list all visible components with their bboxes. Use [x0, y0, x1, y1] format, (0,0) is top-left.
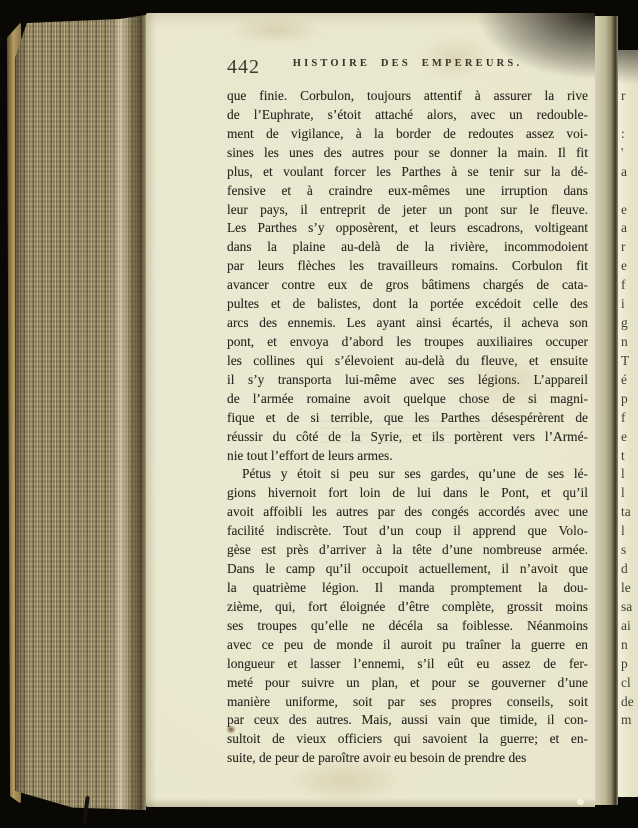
facing-text-fragment: '	[621, 144, 638, 163]
facing-text-fragment: e	[621, 201, 638, 220]
facing-text-fragment: m	[621, 711, 638, 730]
facing-text-fragment: l	[621, 522, 638, 541]
facing-text-fragment: de	[621, 693, 638, 712]
facing-text-fragment: n	[621, 333, 638, 352]
facing-text-fragment: T	[621, 352, 638, 371]
text-line: plus, et voulant forcer les Parthes à se…	[227, 163, 588, 182]
text-line: dans la plaine au-delà de la rivière, in…	[227, 238, 588, 257]
text-line: manière uniforme, soit par ses propres c…	[227, 693, 588, 712]
text-line: avoit affoibli les autres par des congés…	[227, 503, 588, 522]
facing-text-fragment: l	[621, 484, 638, 503]
text-line: que finie. Corbulon, toujours attentif à…	[227, 87, 588, 106]
text-line: pultes et de balistes, dont la portée ex…	[227, 295, 588, 314]
text-line: meté pour suivre un plan, et pour se gou…	[227, 674, 588, 693]
facing-text-fragment: s	[621, 541, 638, 560]
text-line: Pétus y étoit si peu sur ses gardes, qu’…	[227, 465, 588, 484]
facing-text-fragment: ai	[621, 617, 638, 636]
facing-text-fragment: t	[621, 447, 638, 466]
facing-text-fragment: é	[621, 371, 638, 390]
text-line: de l’Euphrate, s’étoit attaché alors, av…	[227, 106, 588, 125]
text-line: ses troupes qu’elle ne décéla sa foibles…	[227, 617, 588, 636]
running-title: HISTOIRE DES EMPEREURS.	[293, 58, 523, 69]
facing-text-fragment	[621, 106, 638, 125]
text-line: les collines qui s’élevoient au-delà du …	[227, 352, 588, 371]
text-line: pont, et envoya d’abord les troupes auxi…	[227, 333, 588, 352]
facing-text-fragment: g	[621, 314, 638, 333]
text-line: gèse est près d’arriver à la tête d’une …	[227, 541, 588, 560]
facing-text-fragment: le	[621, 579, 638, 598]
facing-text-fragment: :	[621, 125, 638, 144]
facing-text-fragment: r	[621, 87, 638, 106]
text-line: de l’armée romaine avoit quelque chose d…	[227, 390, 588, 409]
facing-text-fragment: p	[621, 655, 638, 674]
facing-column: r:'aearefignTépfetlltalsdlesaainpcldem	[621, 87, 638, 771]
page-number: 442	[227, 56, 260, 79]
facing-text-fragment: f	[621, 409, 638, 428]
text-line: avancer contre eux de gros bâtimens char…	[227, 276, 588, 295]
text-line: facilité indiscrète. Tout d’un coup il a…	[227, 522, 588, 541]
text-line: suite, de peur de paroître avoir eu beso…	[227, 749, 588, 768]
text-line: gions hivernoit fort loin de lui dans le…	[227, 484, 588, 503]
text-line: il s’y transporta lui-même avec ses légi…	[227, 371, 588, 390]
text-line: arcs des ennemis. Les ayant ainsi écarté…	[227, 314, 588, 333]
text-line: sultoit de vieux officiers qui savoient …	[227, 730, 588, 749]
facing-text-fragment	[621, 749, 638, 768]
facing-text-fragment: ta	[621, 503, 638, 522]
paper-notch	[577, 799, 584, 805]
text-line: zième, qui, fort éloignée d’être complèt…	[227, 598, 588, 617]
text-line: longueur et lasser l’ennemi, s’il eût eu…	[227, 655, 588, 674]
facing-text-fragment: sa	[621, 598, 638, 617]
text-line: ment de vigilance, à la border de redout…	[227, 125, 588, 144]
text-line: la quatrième légion. Il manda promptemen…	[227, 579, 588, 598]
facing-text-fragment: cl	[621, 674, 638, 693]
text-line: nie tout l’effort de leurs armes.	[227, 447, 588, 466]
facing-text-fragment	[621, 730, 638, 749]
text-line: par leurs flèches les travailleurs romai…	[227, 257, 588, 276]
facing-text-fragment: l	[621, 465, 638, 484]
text-line: sines les unes des autres pour se donner…	[227, 144, 588, 163]
facing-text-fragment: a	[621, 163, 638, 182]
facing-text-fragment: n	[621, 636, 638, 655]
text-line: avec ce peu de monde il auroit pu traîne…	[227, 636, 588, 655]
text-line: fensive et à craindre eux-mêmes une irru…	[227, 182, 588, 201]
facing-text-fragment: p	[621, 390, 638, 409]
facing-text-fragment: e	[621, 428, 638, 447]
facing-text-fragment: a	[621, 219, 638, 238]
facing-text-fragment	[621, 182, 638, 201]
facing-text-fragment: f	[621, 276, 638, 295]
facing-text-fragment: d	[621, 560, 638, 579]
text-line: Dans le camp qu’il occupoit actuellement…	[227, 560, 588, 579]
facing-text-fragment: r	[621, 238, 638, 257]
ink-bleed-through	[320, 420, 490, 444]
book-scan-photo: 442 HISTOIRE DES EMPEREURS. que finie. C…	[0, 0, 638, 828]
gutter-shadow	[595, 16, 618, 805]
text-line: leur pays, il entreprit de jeter un pont…	[227, 201, 588, 220]
book-fore-edge-stack	[15, 15, 146, 810]
text-line: Les Parthes s’y opposèrent, et leurs esc…	[227, 219, 588, 238]
text-line: par ceux des autres. Mais, aussi vain qu…	[227, 711, 588, 730]
facing-text-fragment: e	[621, 257, 638, 276]
facing-text-fragment: i	[621, 295, 638, 314]
page-header: 442 HISTOIRE DES EMPEREURS.	[227, 58, 588, 82]
